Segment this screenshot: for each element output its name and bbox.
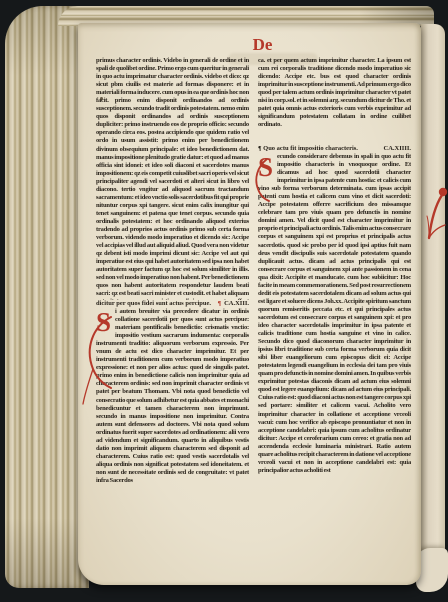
book-scan: De primus character ordinis. Videbo in g… — [0, 0, 448, 602]
right-chapter-line: ¶ Quo actu fit impositio characteris. CA… — [258, 145, 411, 153]
red-lombard-initial-left: S — [96, 309, 113, 338]
right-column-text-top: ca. et per quem actum imprimitur charact… — [258, 57, 411, 129]
left-chapter-text: dicitur per quos fidei sunt actus percip… — [96, 300, 211, 308]
running-header: De — [91, 36, 434, 53]
left-chapter-line: dicitur per quos fidei sunt actus percip… — [96, 300, 249, 308]
right-column-text-bottom: Secundo considerare debemus in spali in … — [258, 153, 411, 475]
red-lombard-initial-right: S — [258, 154, 275, 183]
book-page: De primus character ordinis. Videbo in g… — [78, 23, 421, 585]
left-column-text-bottom: Si autem breuiter via precedere dicatur … — [96, 308, 249, 485]
facing-page-gutter — [421, 24, 445, 580]
right-column: ca. et per quem actum imprimitur charact… — [258, 57, 411, 499]
left-column-text-top: primus character ordinis. Videbo in gene… — [96, 57, 249, 300]
red-pilcrow-icon: ¶ — [218, 300, 222, 308]
right-chapter-title: Quo actu fit impositio characteris. — [263, 145, 358, 152]
book-edge-leaves-left — [5, 6, 89, 588]
black-pilcrow-icon: ¶ — [258, 145, 262, 152]
right-chapter-number: CA.XIIII. — [384, 145, 411, 153]
red-ink-margin-flourish — [424, 186, 448, 244]
left-column-body-bottom-text: i autem breuiter via precedere dicatur i… — [96, 308, 249, 484]
left-column: primus character ordinis. Videbo in gene… — [96, 57, 249, 499]
left-chapter-number: CA.XIII. — [224, 300, 249, 308]
right-column-body-bottom-text: ecundo considerare debemus in spali in q… — [258, 153, 411, 474]
text-columns: primus character ordinis. Videbo in gene… — [78, 53, 421, 499]
